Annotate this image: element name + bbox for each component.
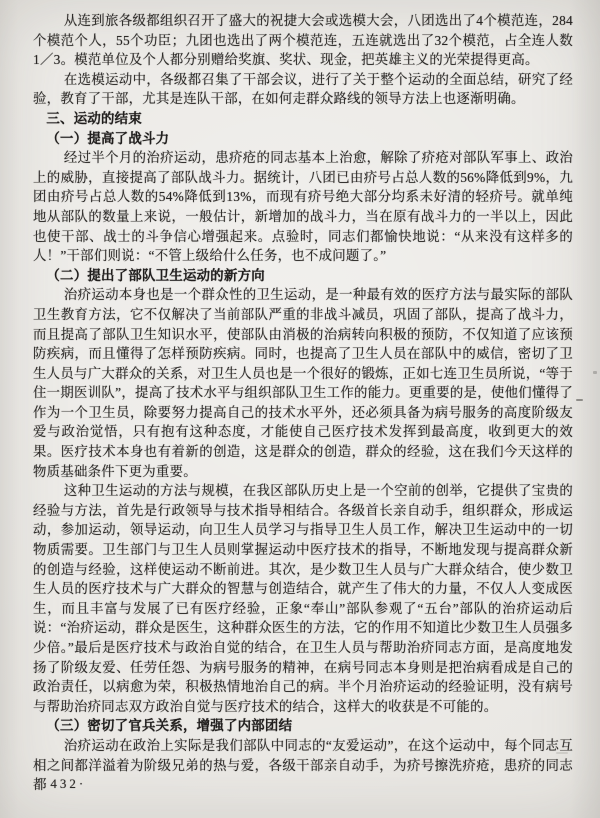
page-number: ·432· [43, 776, 86, 792]
document-text: 从连到旅各级都组织召开了盛大的祝捷大会或选模大会，八团选出了4个模范连，284个… [33, 11, 573, 795]
paragraph-6: 治疥运动在政治上实际是我们部队中同志的“友爱运动”，在这个运动中，每个同志互相之… [33, 736, 573, 795]
paragraph-5: 这种卫生运动的方法与规模，在我区部队历史上是一个空前的创举，它提供了宝贵的经验与… [33, 481, 573, 716]
scan-artifact [556, 752, 568, 754]
scan-artifact [576, 399, 583, 401]
paragraph-3: 经过半个月的治疥运动，患疥疮的同志基本上治愈，解除了疥疮对部队军事上、政治上的威… [33, 148, 573, 266]
paragraph-1: 从连到旅各级都组织召开了盛大的祝捷大会或选模大会，八团选出了4个模范连，284个… [33, 11, 573, 70]
section-heading: 三、运动的结束 [33, 109, 573, 129]
scanned-document-page: 从连到旅各级都组织召开了盛大的祝捷大会或选模大会，八团选出了4个模范连，284个… [0, 0, 600, 818]
paragraph-4: 治疥运动本身也是一个群众性的卫生运动，是一种最有效的医疗方法与最实际的部队卫生教… [33, 285, 573, 481]
subsection-heading-2: （二）提出了部队卫生运动的新方向 [33, 266, 573, 286]
paragraph-2: 在选模运动中，各级都召集了干部会议，进行了关于整个运动的全面总结，研究了经验，教… [33, 70, 573, 109]
subsection-heading-3: （三）密切了官兵关系，增强了内部团结 [33, 716, 573, 736]
subsection-heading-1: （一）提高了战斗力 [33, 129, 573, 149]
scan-artifact [593, 371, 597, 374]
